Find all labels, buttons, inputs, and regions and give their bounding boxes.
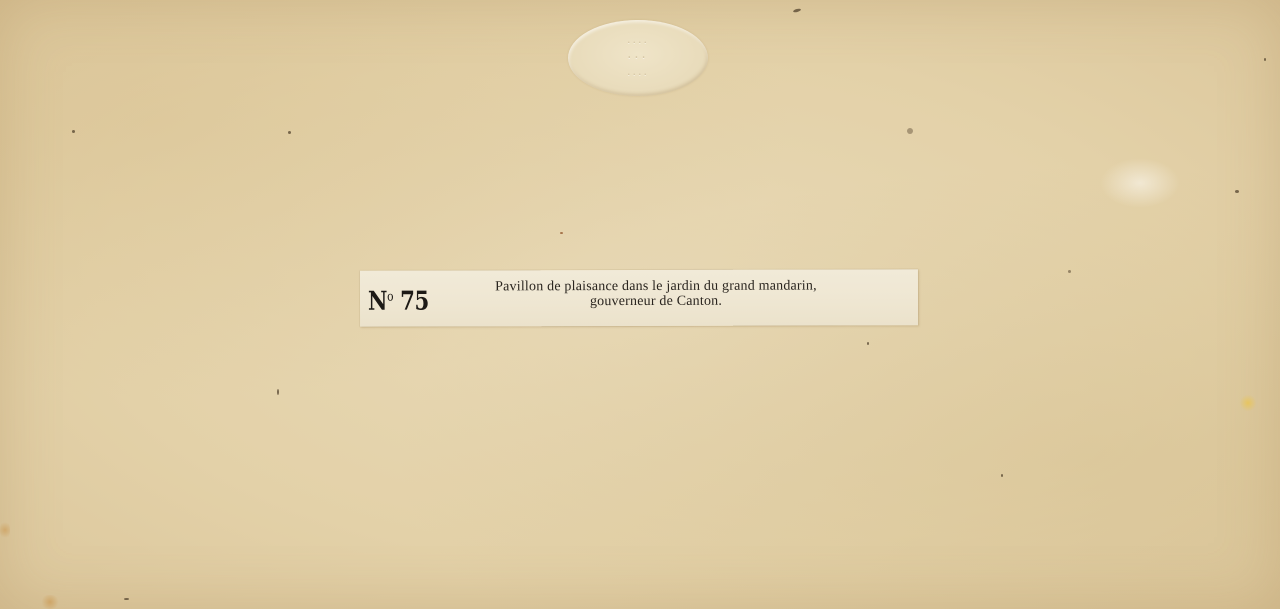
- stereoview-card-back: ···· ··· ···· No 75 Pavillon de plaisanc…: [0, 0, 1280, 609]
- dirt-speck: [1264, 58, 1266, 61]
- stamp-line-2: ···: [627, 51, 648, 66]
- dirt-speck: [560, 232, 563, 234]
- dirt-speck: [124, 598, 129, 600]
- stamp-line-1: ····: [627, 36, 649, 49]
- number-superscript: o: [387, 290, 393, 305]
- foxing-stain: [1240, 394, 1256, 412]
- dirt-speck: [907, 128, 913, 134]
- printed-caption-label: No 75 Pavillon de plaisance dans le jard…: [360, 269, 918, 326]
- number-value: 75: [400, 287, 429, 317]
- dirt-speck: [867, 342, 869, 345]
- foxing-stain: [0, 520, 10, 540]
- stamp-line-3: ····: [627, 68, 649, 81]
- foxing-stain: [40, 595, 60, 609]
- dirt-speck: [1001, 474, 1003, 477]
- caption-line-2: gouverneur de Canton.: [436, 293, 876, 309]
- dirt-speck: [72, 130, 75, 133]
- caption-text: Pavillon de plaisance dans le jardin du …: [436, 278, 876, 309]
- dirt-speck: [1068, 270, 1071, 273]
- dirt-speck: [1235, 190, 1239, 193]
- plate-number: No 75: [368, 284, 429, 316]
- dirt-speck: [277, 389, 279, 395]
- caption-line-1: Pavillon de plaisance dans le jardin du …: [436, 278, 876, 294]
- number-prefix: N: [368, 287, 387, 317]
- dirt-speck: [793, 8, 802, 13]
- dirt-speck: [288, 131, 291, 134]
- embossed-blind-stamp: ···· ··· ····: [568, 20, 708, 96]
- abrasion-mark: [1100, 158, 1180, 208]
